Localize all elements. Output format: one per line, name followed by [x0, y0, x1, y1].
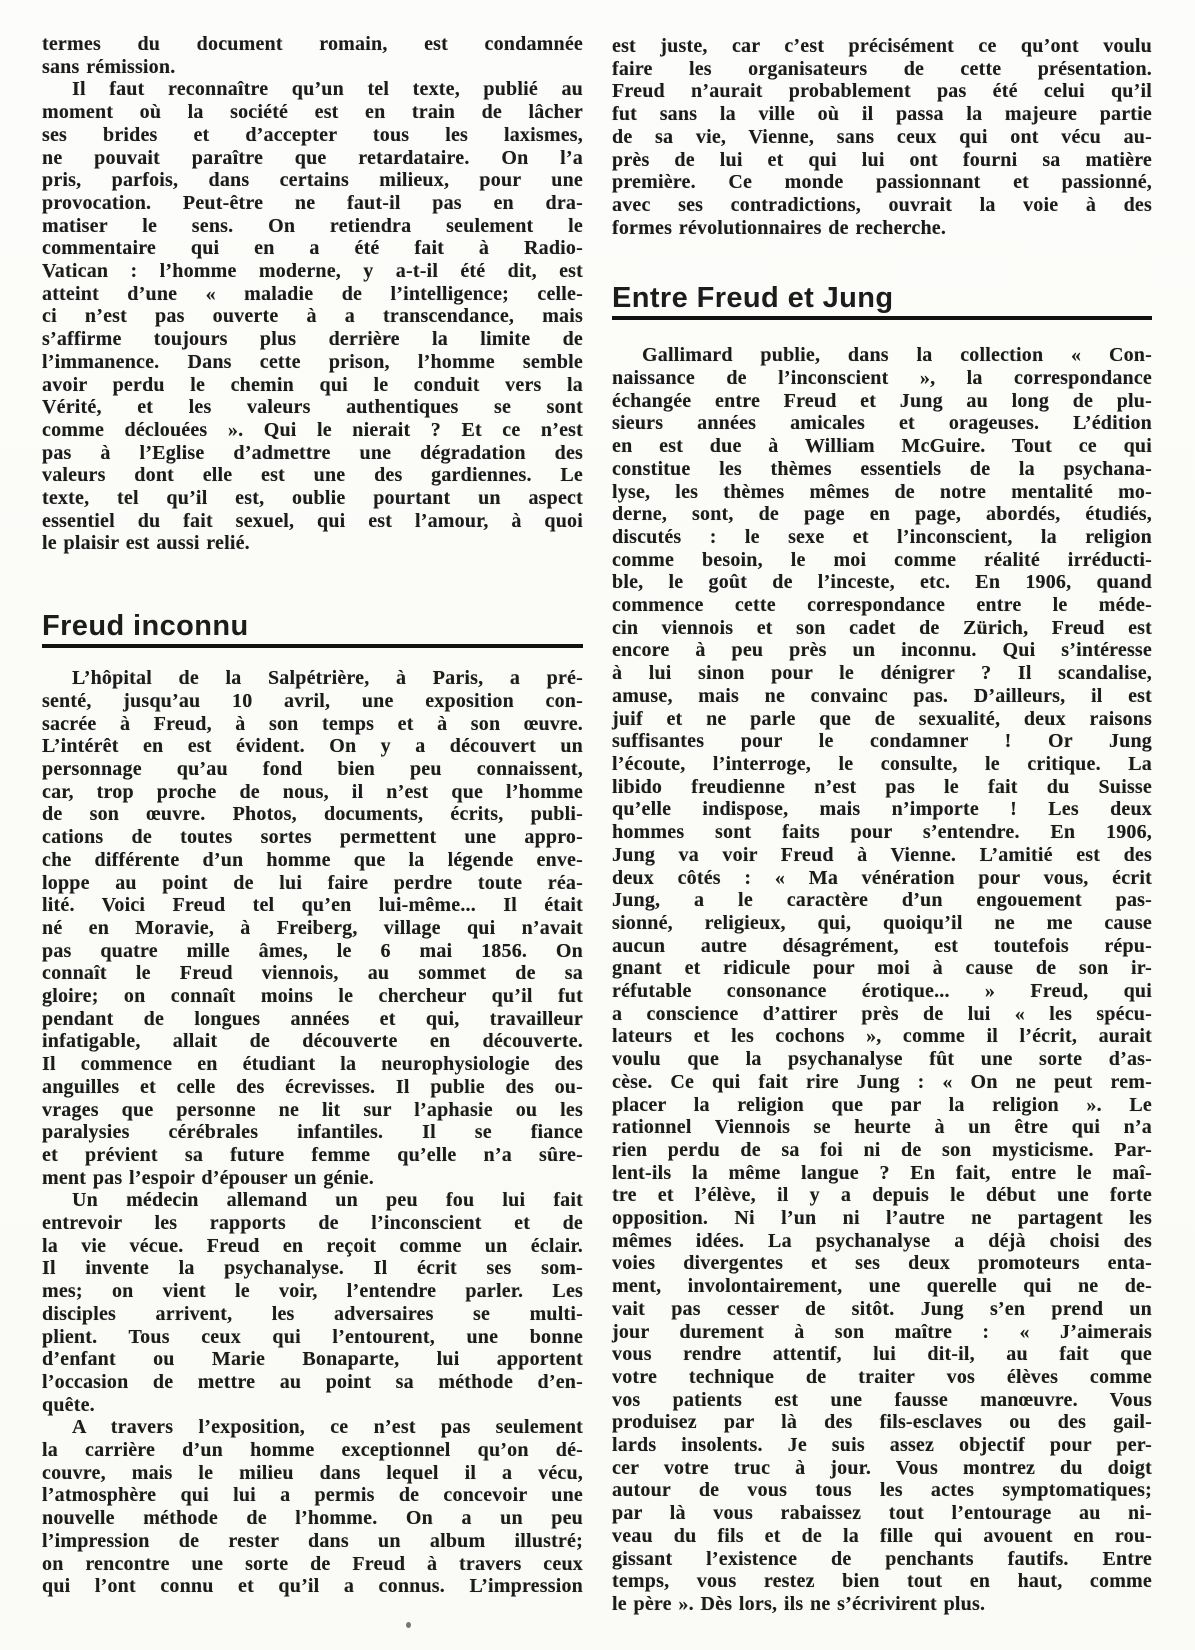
text-line: Il commence en étudiant la neurophysiolo…	[42, 1053, 583, 1076]
text-line: né en Moravie, à Freiberg, village qui n…	[42, 917, 583, 940]
text-line: votre technique de traiter vos élèves co…	[612, 1366, 1152, 1389]
text-line: commence cette correspondance entre le m…	[612, 594, 1152, 617]
text-line: constitue les thèmes essentiels de la ps…	[612, 458, 1152, 481]
text-line: faire les organisateurs de cette présent…	[612, 58, 1152, 81]
text-line: che différente d’un homme que la légende…	[42, 849, 583, 872]
text-line: ses brides et d’accepter tous les laxism…	[42, 124, 583, 147]
text-line: comme déclouées ». Qui le nierait ? Et c…	[42, 419, 583, 442]
text-line: encore à peu près un inconnu. Qui s’inté…	[612, 639, 1152, 662]
text-line: autour de vous tous les actes symptomati…	[612, 1479, 1152, 1502]
text-line: essentiel du fait sexuel, qui est l’amou…	[42, 510, 583, 533]
text-line: Freud n’aurait probablement pas été celu…	[612, 80, 1152, 103]
text-line: vait pas cesser de sitôt. Jung s’en pren…	[612, 1298, 1152, 1321]
text-line: L’intérêt en est évident. On y a découve…	[42, 735, 583, 758]
text-line: nouvelle méthode de l’homme. On a un peu	[42, 1507, 583, 1530]
text-line: infatigable, allait de découverte en déc…	[42, 1030, 583, 1053]
text-line: avec ses contradictions, ouvrait la voie…	[612, 194, 1152, 217]
text-line: qui l’ont connu et qu’il a connus. L’imp…	[42, 1575, 583, 1598]
text-line: ne pouvait paraître que retardataire. On…	[42, 147, 583, 170]
text-line: tre et l’élève, il y a depuis le début u…	[612, 1184, 1152, 1207]
text-line: Jung, a le caractère d’un engouement pas…	[612, 889, 1152, 912]
text-line: atteint d’une « maladie de l’intelligenc…	[42, 283, 583, 306]
paragraph: Gallimard publie, dans la collection « C…	[612, 344, 1152, 1615]
text-line: et prévient sa future femme qu’elle n’a …	[42, 1144, 583, 1167]
section-heading-text: Freud inconnu	[42, 611, 583, 641]
text-line: sans rémission.	[42, 56, 583, 79]
section-heading: Freud inconnu	[42, 611, 583, 648]
text-line: cer votre truc à jour. Vous montrez du d…	[612, 1457, 1152, 1480]
text-line: opposition. Ni l’un ni l’autre ne partag…	[612, 1207, 1152, 1230]
text-line: le père ». Dès lors, ils ne s’écrivirent…	[612, 1593, 1152, 1616]
text-line: gnant et ridicule pour moi à cause de so…	[612, 957, 1152, 980]
text-line: vrages que personne ne lit sur l’aphasie…	[42, 1099, 583, 1122]
text-line: Vatican : l’homme moderne, y a-t-il été …	[42, 260, 583, 283]
text-line: aucun autre désagrément, est toutefois r…	[612, 935, 1152, 958]
text-line: ment pas l’espoir d’épouser un génie.	[42, 1167, 583, 1190]
text-line: Vérité, et les valeurs authentiques se s…	[42, 396, 583, 419]
text-line: Jung va voir Freud à Vienne. L’amitié es…	[612, 844, 1152, 867]
text-line: près de lui et qui lui ont fourni sa mat…	[612, 149, 1152, 172]
text-line: discutés : le sexe et l’inconscient, la …	[612, 526, 1152, 549]
text-line: ci n’est pas ouverte à a transcendance, …	[42, 305, 583, 328]
text-line: A travers l’exposition, ce n’est pas seu…	[42, 1416, 583, 1439]
text-line: entrevoir les rapports de l’inconscient …	[42, 1212, 583, 1235]
text-line: lité. Voici Freud tel qu’en lui-même... …	[42, 894, 583, 917]
text-line: pris, parfois, dans certains milieux, po…	[42, 169, 583, 192]
text-line: provocation. Peut-être ne faut-il pas en…	[42, 192, 583, 215]
text-line: texte, tel qu’il est, oublie pourtant un…	[42, 487, 583, 510]
text-line: de sa vie, Vienne, sans ceux qui ont véc…	[612, 126, 1152, 149]
text-line: l’impression de rester dans un album ill…	[42, 1530, 583, 1553]
text-line: paralysies cérébrales infantiles. Il se …	[42, 1121, 583, 1144]
text-line: l’écoute, l’interroge, le consulte, le c…	[612, 753, 1152, 776]
section-heading-text: Entre Freud et Jung	[612, 283, 1152, 313]
text-line: libido freudienne n’est pas le fait du S…	[612, 776, 1152, 799]
text-line: voies divergentes et ses deux promoteurs…	[612, 1252, 1152, 1275]
column-left: termes du document romain, est condamnée…	[42, 0, 583, 1598]
text-line: sionné, religieux, qui, quoiqu’il ne me …	[612, 912, 1152, 935]
text-line: termes du document romain, est condamnée	[42, 33, 583, 56]
text-line: produisez par là des fils-esclaves ou de…	[612, 1411, 1152, 1434]
text-line: échangée entre Freud et Jung au long de …	[612, 390, 1152, 413]
text-line: l’occasion de mettre au point sa méthode…	[42, 1371, 583, 1394]
text-line: Un médecin allemand un peu fou lui fait	[42, 1189, 583, 1212]
text-line: lateurs et les cochons », comme il l’écr…	[612, 1025, 1152, 1048]
text-line: d’enfant ou Marie Bonaparte, lui apporte…	[42, 1348, 583, 1371]
text-line: plient. Tous ceux qui l’entourent, une b…	[42, 1326, 583, 1349]
text-line: Il invente la psychanalyse. Il écrit ses…	[42, 1257, 583, 1280]
text-line: deux côtés : « Ma vénération pour vous, …	[612, 867, 1152, 890]
text-line: gissant l’existence de penchants fautifs…	[612, 1548, 1152, 1571]
text-line: derne, sont, de page en page, abordés, é…	[612, 503, 1152, 526]
text-line: ble, le goût de l’inceste, etc. En 1906,…	[612, 571, 1152, 594]
paragraph: Il faut reconnaître qu’un tel texte, pub…	[42, 78, 583, 555]
paragraph: A travers l’exposition, ce n’est pas seu…	[42, 1416, 583, 1598]
text-line: de son œuvre. Photos, documents, écrits,…	[42, 803, 583, 826]
paragraph: est juste, car c’est précisément ce qu’o…	[612, 35, 1152, 239]
text-line: matiser le sens. On retiendra seulement …	[42, 215, 583, 238]
text-line: moment où la société est en train de lâc…	[42, 101, 583, 124]
text-line: cin viennois et son cadet de Zürich, Fre…	[612, 617, 1152, 640]
text-line: l’atmosphère qui lui a permis de concevo…	[42, 1484, 583, 1507]
text-line: comme besoin, le moi comme réalité irréd…	[612, 549, 1152, 572]
text-line: personnage qu’au fond bien peu connaisse…	[42, 758, 583, 781]
text-line: jour durement à son maître : « J’aimerai…	[612, 1321, 1152, 1344]
text-line: Il faut reconnaître qu’un tel texte, pub…	[42, 78, 583, 101]
text-line: veau du fils et de la fille qui avouent …	[612, 1525, 1152, 1548]
text-line: placer la religion que par la religion »…	[612, 1094, 1152, 1117]
text-line: à lui sinon pour le dénigrer ? Il scanda…	[612, 662, 1152, 685]
text-line: L’hôpital de la Salpétrière, à Paris, a …	[42, 667, 583, 690]
text-line: formes révolutionnaires de recherche.	[612, 217, 1152, 240]
text-line: rationnel Viennois se heurte à un être q…	[612, 1116, 1152, 1139]
column-right: est juste, car c’est précisément ce qu’o…	[612, 0, 1152, 1616]
text-line: par là vous rabaissez tout l’entourage a…	[612, 1502, 1152, 1525]
text-line: vos patients est une fausse manœuvre. Vo…	[612, 1389, 1152, 1412]
text-line: hommes sont faits pour s’entendre. En 19…	[612, 821, 1152, 844]
text-line: la vie vécue. Freud en reçoit comme un é…	[42, 1235, 583, 1258]
paragraph: L’hôpital de la Salpétrière, à Paris, a …	[42, 667, 583, 1189]
text-line: anguilles et celle des écrevisses. Il pu…	[42, 1076, 583, 1099]
text-line: s’affirme toujours plus derrière la limi…	[42, 328, 583, 351]
text-line: lyse, les thèmes mêmes de notre mentalit…	[612, 481, 1152, 504]
paragraph: termes du document romain, est condamnée…	[42, 33, 583, 78]
text-line: cations de toutes sortes permettent une …	[42, 826, 583, 849]
text-line: commentaire qui en a été fait à Radio-	[42, 237, 583, 260]
text-line: disciples arrivent, les adversaires se m…	[42, 1303, 583, 1326]
text-line: sacrée à Freud, à son temps et à son œuv…	[42, 713, 583, 736]
text-line: suffisantes pour le condamner ! Or Jung	[612, 730, 1152, 753]
text-line: temps, vous restez bien tout en haut, co…	[612, 1570, 1152, 1593]
text-line: voulu que la psychanalyse fût une sorte …	[612, 1048, 1152, 1071]
text-line: rien perdu de sa foi ni de son mysticism…	[612, 1139, 1152, 1162]
text-line: qu’elle indispose, mais n’importe ! Les …	[612, 798, 1152, 821]
text-line: car, trop proche de nous, il n’est que l…	[42, 781, 583, 804]
text-line: la carrière d’un homme exceptionnel qu’o…	[42, 1439, 583, 1462]
text-line: valeurs dont elle est une des gardiennes…	[42, 464, 583, 487]
text-line: quête.	[42, 1394, 583, 1417]
text-line: couvre, mais le milieu dans lequel il a …	[42, 1462, 583, 1485]
text-line: gloire; on connaît moins le chercheur qu…	[42, 985, 583, 1008]
text-line: connaît le Freud viennois, au sommet de …	[42, 962, 583, 985]
text-line: vous rendre attentif, lui dit-il, au fai…	[612, 1343, 1152, 1366]
text-line: mes; on vient le voir, l’entendre parler…	[42, 1280, 583, 1303]
text-line: lent-ils la même langue ? En fait, entre…	[612, 1162, 1152, 1185]
paragraph: Un médecin allemand un peu fou lui faite…	[42, 1189, 583, 1416]
text-line: pas quatre mille âmes, le 6 mai 1856. On	[42, 940, 583, 963]
text-line: réfutable consonance érotique... » Freud…	[612, 980, 1152, 1003]
text-line: amuse, mais ne convainc pas. D’ailleurs,…	[612, 685, 1152, 708]
text-line: pendant de longues années et qui, travai…	[42, 1008, 583, 1031]
text-line: on rencontre une sorte de Freud à traver…	[42, 1553, 583, 1576]
text-line: l’immanence. Dans cette prison, l’homme …	[42, 351, 583, 374]
text-line: loppe au point de lui faire perdre toute…	[42, 872, 583, 895]
text-line: sieurs années amicales et orageuses. L’é…	[612, 412, 1152, 435]
text-line: le plaisir est aussi relié.	[42, 532, 583, 555]
text-line: en est due à William McGuire. Tout ce qu…	[612, 435, 1152, 458]
text-line: a conscience d’attirer près de lui « les…	[612, 1003, 1152, 1026]
text-line: senté, jusqu’au 10 avril, une exposition…	[42, 690, 583, 713]
text-line: première. Ce monde passionnant et passio…	[612, 171, 1152, 194]
text-line: fut sans la ville où il passa la majeure…	[612, 103, 1152, 126]
text-line: lards insolents. Je suis assez objectif …	[612, 1434, 1152, 1457]
text-line: est juste, car c’est précisément ce qu’o…	[612, 35, 1152, 58]
text-line: ment, involontairement, une querelle qui…	[612, 1275, 1152, 1298]
scanned-article-page: termes du document romain, est condamnée…	[0, 0, 1195, 1650]
text-line: Gallimard publie, dans la collection « C…	[612, 344, 1152, 367]
text-line: naissance de l’inconscient », la corresp…	[612, 367, 1152, 390]
text-line: avoir perdu le chemin qui le conduit ver…	[42, 374, 583, 397]
text-line: cèse. Ce qui fait rire Jung : « On ne pe…	[612, 1071, 1152, 1094]
text-line: mêmes idées. La psychanalyse a déjà choi…	[612, 1230, 1152, 1253]
text-line: pas à l’Eglise d’admettre une dégradatio…	[42, 442, 583, 465]
section-heading: Entre Freud et Jung	[612, 283, 1152, 320]
text-line: juif et ne parle que de sexualité, deux …	[612, 708, 1152, 731]
ink-speck	[406, 1622, 411, 1628]
